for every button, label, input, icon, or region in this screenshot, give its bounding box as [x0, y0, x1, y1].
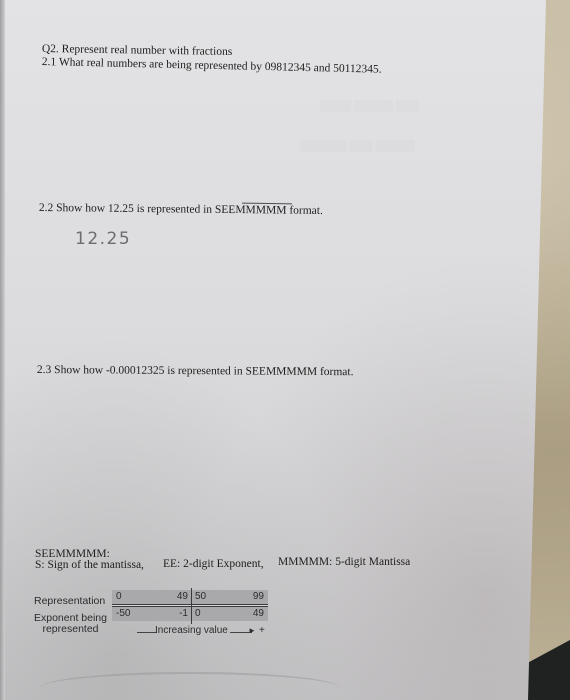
- cell: -1: [179, 608, 188, 619]
- handwritten-answer: 12.25: [75, 229, 131, 249]
- paper-fold: [40, 672, 340, 700]
- cell: -50: [116, 608, 130, 619]
- representation-row: 0 49 50 99: [112, 590, 268, 604]
- legend-exponent: EE: 2-digit Exponent,: [163, 558, 264, 570]
- row-label-exponent-line2: represented: [42, 623, 98, 635]
- exponent-row: -50 -1 0 49: [112, 607, 268, 621]
- axis-plus: +: [259, 625, 265, 636]
- cell: 49: [253, 608, 264, 619]
- increasing-value-axis: Increasing value ► +: [135, 625, 275, 637]
- axis-line: [137, 632, 157, 633]
- legend-sign: S: Sign of the mantissa,: [35, 559, 144, 571]
- arrow-right-icon: ►: [248, 626, 256, 635]
- axis-label: Increasing value: [155, 625, 228, 636]
- cell: 49: [177, 591, 188, 602]
- cell: 0: [195, 608, 201, 619]
- question-2-1: 2.1 What real numbers are being represen…: [42, 56, 382, 76]
- bleed-through-text: ▒▒▒ ▒▒▒▒▒ ▒▒▒▒: [320, 100, 419, 112]
- cell: 99: [253, 591, 264, 602]
- cell: 50: [195, 591, 206, 602]
- bleed-through-text: ▒▒▒▒▒ ▒▒▒ ▒▒▒▒▒▒: [300, 140, 415, 152]
- paper-sheet: ▒▒▒ ▒▒▒▒▒ ▒▒▒▒ ▒▒▒▒▒ ▒▒▒ ▒▒▒▒▒▒ Q2. Repr…: [0, 0, 570, 700]
- table-divider: [191, 588, 192, 624]
- exponent-table: 0 49 50 99 -50 -1 0 49: [112, 590, 268, 622]
- row-label-representation: Representation: [34, 595, 105, 607]
- cell: 0: [116, 591, 122, 602]
- question-2-3: 2.3 Show how -0.00012325 is represented …: [37, 364, 354, 378]
- paper-left-edge: [0, 0, 5, 700]
- legend-mantissa: MMMMM: 5-digit Mantissa: [278, 556, 410, 568]
- row-label-exponent: Exponent being represented: [34, 613, 107, 635]
